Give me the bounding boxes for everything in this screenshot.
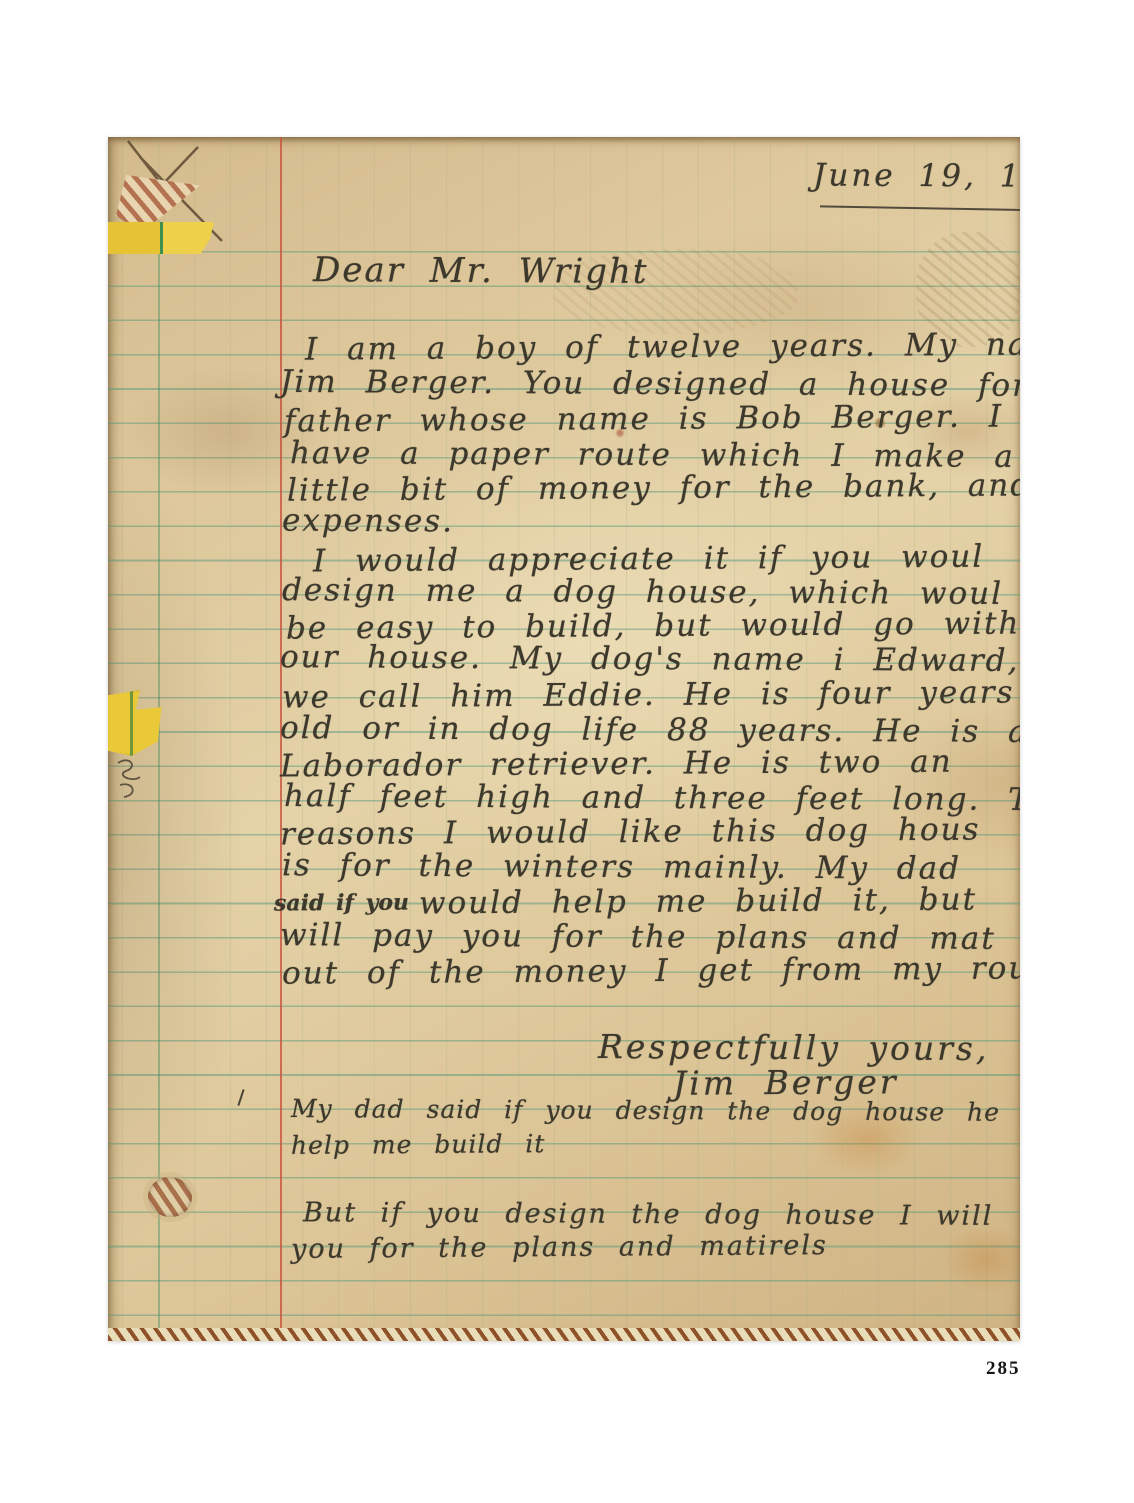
postscript-line: My dad said if you design the dog house … <box>291 1095 1020 1126</box>
postscript-line: you for the plans and matirels <box>291 1231 828 1264</box>
handwriting-line: is for the winters mainly. My dad <box>282 848 961 886</box>
handwriting-line: our house. My dog's name i Edward, <box>280 640 1020 678</box>
postscript-line: help me build it <box>291 1130 546 1159</box>
closing-line: Respectfully yours, <box>598 1029 990 1067</box>
book-page: { "colors": { "paper": "#ddc79b", "ink":… <box>0 0 1134 1503</box>
handwriting-line: reasons I would like this dog hous <box>280 813 981 852</box>
handwriting-line: will pay you for the plans and mat <box>280 918 996 956</box>
handwriting-line: out of the money I get from my rou <box>282 951 1020 990</box>
handwriting-line: expenses. <box>282 504 454 539</box>
pen-scribble <box>110 753 160 805</box>
postscript-line: But if you design the dog house I will <box>303 1198 993 1231</box>
salutation: Dear Mr. Wright <box>313 252 649 291</box>
handwriting-line-with-insert: said if youwould help me build it, but <box>274 883 977 922</box>
handwriting-line: little bit of money for the bank, and <box>287 468 1020 507</box>
handwriting-line: father whose name is Bob Berger. I <box>284 399 1003 438</box>
letter-date: June 19, 19 <box>813 158 1020 193</box>
letter-scan: June 19, 19 Dear Mr. Wright I am a boy o… <box>108 137 1020 1341</box>
hatched-bottom-edge <box>108 1328 1020 1341</box>
tape-patch-top-left <box>108 222 214 254</box>
handwriting-line: design me a dog house, which woul <box>282 573 1003 611</box>
handwriting-line: I am a boy of twelve years. My nam <box>305 327 1020 366</box>
handwriting-line: Jim Berger. You designed a house for m <box>280 365 1020 403</box>
handwriting-line: we call him Eddie. He is four years <box>282 675 1015 714</box>
line-rest: would help me build it, but <box>419 882 977 922</box>
page-number: 285 <box>986 1358 1021 1380</box>
inserted-words: said if you <box>274 890 409 917</box>
